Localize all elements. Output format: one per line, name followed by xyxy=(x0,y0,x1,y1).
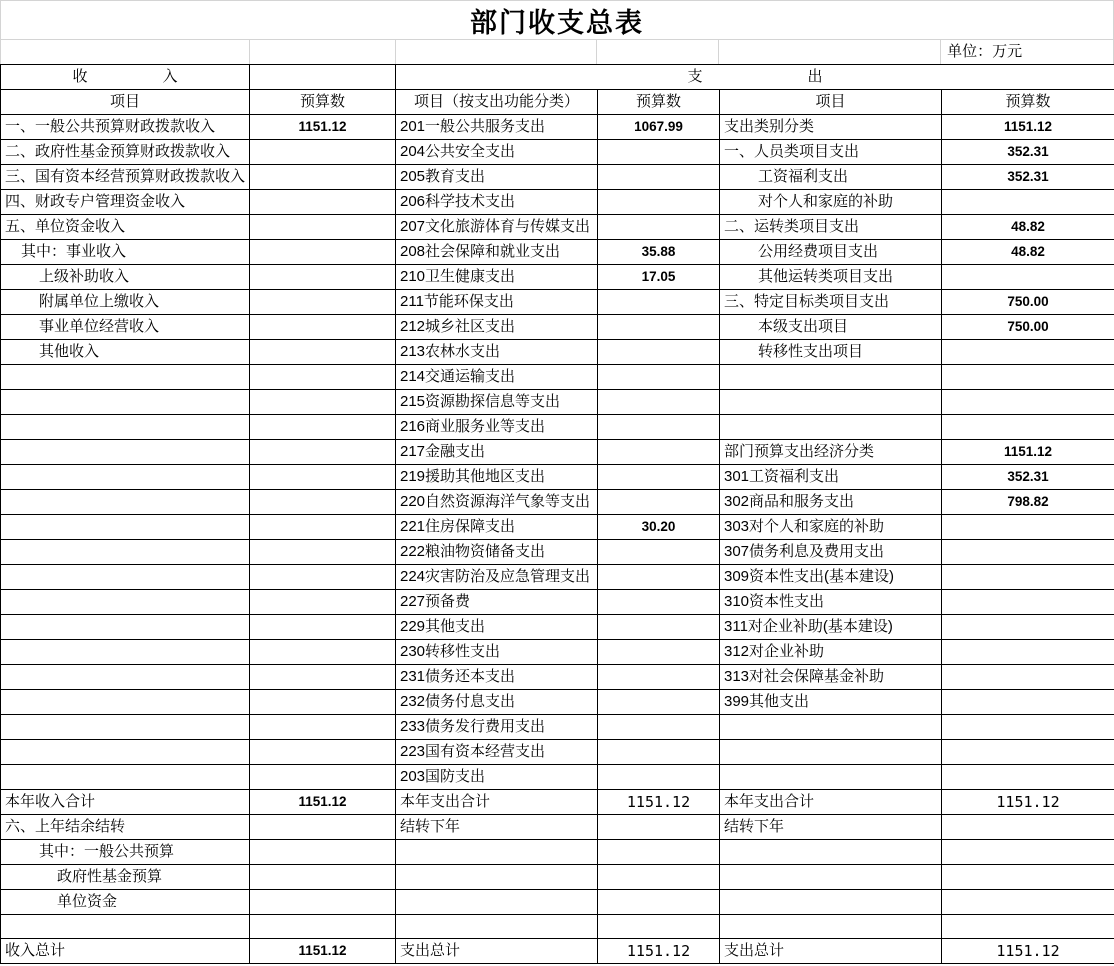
section-header-row: 收 入 支 出 xyxy=(1,65,1114,90)
empty-cell xyxy=(598,415,720,440)
cell: 750.00 xyxy=(942,290,1114,315)
table-row: 232债务付息支出399其他支出 xyxy=(1,690,1114,715)
empty-cell xyxy=(942,690,1114,715)
cell: 1151.12 xyxy=(250,115,396,140)
cell: 227预备费 xyxy=(396,590,598,615)
cell: 本年支出合计 xyxy=(396,790,598,815)
cell: 1151.12 xyxy=(598,790,720,815)
empty-cell xyxy=(1,365,250,390)
table-row: 229其他支出311对企业补助(基本建设) xyxy=(1,615,1114,640)
empty-cell xyxy=(598,615,720,640)
empty-cell xyxy=(1,665,250,690)
col-header-expenditure-item: 项目 xyxy=(720,90,942,115)
cell: 其中：事业收入 xyxy=(1,240,250,265)
empty-cell xyxy=(598,740,720,765)
cell: 转移性支出项目 xyxy=(720,340,942,365)
empty-cell xyxy=(250,190,396,215)
cell: 1151.12 xyxy=(250,939,396,964)
table-row: 233债务发行费用支出 xyxy=(1,715,1114,740)
empty-cell xyxy=(598,640,720,665)
empty-cell xyxy=(598,215,720,240)
cell: 48.82 xyxy=(942,215,1114,240)
table-row: 215资源勘探信息等支出 xyxy=(1,390,1114,415)
empty-cell xyxy=(1,915,250,939)
empty-cell xyxy=(598,715,720,740)
cell: 工资福利支出 xyxy=(720,165,942,190)
empty-cell xyxy=(942,665,1114,690)
empty-cell xyxy=(942,365,1114,390)
unit-row-empty-cell xyxy=(250,40,396,64)
cell: 五、单位资金收入 xyxy=(1,215,250,240)
budget-table: 收 入 支 出 项目 预算数 项目（按支出功能分类） 预算数 项目 预算数 一、… xyxy=(0,64,1114,964)
empty-cell xyxy=(598,540,720,565)
unit-row-empty-cell xyxy=(1,40,250,64)
table-row: 221住房保障支出30.20303对个人和家庭的补助 xyxy=(1,515,1114,540)
empty-cell xyxy=(396,865,598,890)
empty-cell xyxy=(942,415,1114,440)
income-section-header: 收 入 xyxy=(1,65,250,90)
empty-cell xyxy=(942,590,1114,615)
column-header-row: 项目 预算数 项目（按支出功能分类） 预算数 项目 预算数 xyxy=(1,90,1114,115)
cell: 1151.12 xyxy=(598,939,720,964)
cell: 二、政府性基金预算财政拨款收入 xyxy=(1,140,250,165)
cell: 223国有资本经营支出 xyxy=(396,740,598,765)
cell: 17.05 xyxy=(598,265,720,290)
cell: 213农林水支出 xyxy=(396,340,598,365)
empty-cell xyxy=(1,690,250,715)
cell: 30.20 xyxy=(598,515,720,540)
cell: 219援助其他地区支出 xyxy=(396,465,598,490)
empty-cell xyxy=(598,690,720,715)
table-row: 五、单位资金收入207文化旅游体育与传媒支出二、运转类项目支出48.82 xyxy=(1,215,1114,240)
empty-cell xyxy=(1,615,250,640)
empty-cell xyxy=(942,765,1114,790)
table-row: 政府性基金预算 xyxy=(1,865,1114,890)
empty-cell xyxy=(1,565,250,590)
cell: 政府性基金预算 xyxy=(1,865,250,890)
empty-cell xyxy=(250,365,396,390)
empty-cell xyxy=(942,865,1114,890)
empty-cell xyxy=(598,190,720,215)
empty-cell xyxy=(720,915,942,939)
table-row: 227预备费310资本性支出 xyxy=(1,590,1114,615)
cell: 352.31 xyxy=(942,465,1114,490)
empty-cell xyxy=(1,515,250,540)
table-row: 214交通运输支出 xyxy=(1,365,1114,390)
empty-cell xyxy=(598,465,720,490)
cell: 212城乡社区支出 xyxy=(396,315,598,340)
empty-cell xyxy=(396,840,598,865)
cell: 233债务发行费用支出 xyxy=(396,715,598,740)
cell: 312对企业补助 xyxy=(720,640,942,665)
cell: 798.82 xyxy=(942,490,1114,515)
empty-cell xyxy=(250,615,396,640)
empty-cell xyxy=(720,365,942,390)
cell: 214交通运输支出 xyxy=(396,365,598,390)
cell: 公用经费项目支出 xyxy=(720,240,942,265)
table-row: 222粮油物资储备支出307债务利息及费用支出 xyxy=(1,540,1114,565)
cell: 一、一般公共预算财政拨款收入 xyxy=(1,115,250,140)
empty-cell xyxy=(250,715,396,740)
cell: 三、特定目标类项目支出 xyxy=(720,290,942,315)
cell: 231债务还本支出 xyxy=(396,665,598,690)
empty-cell xyxy=(942,390,1114,415)
cell: 上级补助收入 xyxy=(1,265,250,290)
cell: 四、财政专户管理资金收入 xyxy=(1,190,250,215)
cell: 205教育支出 xyxy=(396,165,598,190)
cell: 203国防支出 xyxy=(396,765,598,790)
cell: 48.82 xyxy=(942,240,1114,265)
empty-cell xyxy=(720,415,942,440)
cell: 支出总计 xyxy=(396,939,598,964)
empty-cell xyxy=(250,740,396,765)
cell: 事业单位经营收入 xyxy=(1,315,250,340)
empty-cell xyxy=(250,290,396,315)
empty-cell xyxy=(396,890,598,915)
cell: 207文化旅游体育与传媒支出 xyxy=(396,215,598,240)
empty-cell xyxy=(942,190,1114,215)
empty-cell xyxy=(720,390,942,415)
table-row: 附属单位上缴收入211节能环保支出三、特定目标类项目支出750.00 xyxy=(1,290,1114,315)
empty-cell xyxy=(598,915,720,939)
table-row: 收入总计1151.12支出总计1151.12支出总计1151.12 xyxy=(1,939,1114,964)
table-row: 203国防支出 xyxy=(1,765,1114,790)
empty-cell xyxy=(250,165,396,190)
cell: 222粮油物资储备支出 xyxy=(396,540,598,565)
cell: 215资源勘探信息等支出 xyxy=(396,390,598,415)
table-row: 三、国有资本经营预算财政拨款收入205教育支出工资福利支出352.31 xyxy=(1,165,1114,190)
table-row: 223国有资本经营支出 xyxy=(1,740,1114,765)
table-row: 224灾害防治及应急管理支出309资本性支出(基本建设) xyxy=(1,565,1114,590)
cell: 收入总计 xyxy=(1,939,250,964)
empty-cell xyxy=(250,140,396,165)
empty-cell xyxy=(250,590,396,615)
cell: 224灾害防治及应急管理支出 xyxy=(396,565,598,590)
table-row: 216商业服务业等支出 xyxy=(1,415,1114,440)
cell: 结转下年 xyxy=(396,815,598,840)
empty-cell xyxy=(1,640,250,665)
cell: 六、上年结余结转 xyxy=(1,815,250,840)
empty-cell xyxy=(598,765,720,790)
cell: 216商业服务业等支出 xyxy=(396,415,598,440)
cell: 其中：一般公共预算 xyxy=(1,840,250,865)
cell: 201一般公共服务支出 xyxy=(396,115,598,140)
unit-row-empty-cell xyxy=(396,40,598,64)
empty-cell xyxy=(942,265,1114,290)
cell: 三、国有资本经营预算财政拨款收入 xyxy=(1,165,250,190)
empty-cell xyxy=(598,840,720,865)
empty-cell xyxy=(598,165,720,190)
page-title: 部门收支总表 xyxy=(0,0,1114,39)
empty-cell xyxy=(942,890,1114,915)
cell: 220自然资源海洋气象等支出 xyxy=(396,490,598,515)
col-header-expenditure-budget: 预算数 xyxy=(942,90,1114,115)
cell: 399其他支出 xyxy=(720,690,942,715)
cell: 35.88 xyxy=(598,240,720,265)
empty-cell xyxy=(1,540,250,565)
cell: 部门预算支出经济分类 xyxy=(720,440,942,465)
empty-cell xyxy=(250,240,396,265)
empty-cell xyxy=(942,815,1114,840)
empty-cell xyxy=(250,565,396,590)
empty-cell xyxy=(598,315,720,340)
empty-cell xyxy=(1,490,250,515)
empty-cell xyxy=(250,815,396,840)
table-row: 231债务还本支出313对社会保障基金补助 xyxy=(1,665,1114,690)
empty-cell xyxy=(720,890,942,915)
empty-cell xyxy=(598,390,720,415)
empty-cell xyxy=(250,215,396,240)
empty-cell xyxy=(598,440,720,465)
table-row: 四、财政专户管理资金收入206科学技术支出对个人和家庭的补助 xyxy=(1,190,1114,215)
empty-cell xyxy=(250,515,396,540)
table-row: 六、上年结余结转结转下年结转下年 xyxy=(1,815,1114,840)
empty-cell xyxy=(942,715,1114,740)
empty-cell xyxy=(250,765,396,790)
table-body: 一、一般公共预算财政拨款收入1151.12201一般公共服务支出1067.99支… xyxy=(1,115,1114,964)
table-row: 其中：一般公共预算 xyxy=(1,840,1114,865)
empty-cell xyxy=(720,715,942,740)
empty-cell xyxy=(598,490,720,515)
empty-cell xyxy=(250,340,396,365)
cell: 211节能环保支出 xyxy=(396,290,598,315)
empty-cell xyxy=(1,590,250,615)
empty-cell xyxy=(250,465,396,490)
empty-cell xyxy=(1,740,250,765)
empty-cell xyxy=(250,390,396,415)
cell: 单位资金 xyxy=(1,890,250,915)
cell: 其他运转类项目支出 xyxy=(720,265,942,290)
table-row xyxy=(1,915,1114,939)
empty-cell xyxy=(598,665,720,690)
empty-cell xyxy=(250,840,396,865)
empty-cell xyxy=(942,740,1114,765)
table-row: 本年收入合计1151.12本年支出合计1151.12本年支出合计1151.12 xyxy=(1,790,1114,815)
cell: 301工资福利支出 xyxy=(720,465,942,490)
empty-cell xyxy=(720,840,942,865)
cell: 303对个人和家庭的补助 xyxy=(720,515,942,540)
empty-cell xyxy=(250,865,396,890)
cell: 支出总计 xyxy=(720,939,942,964)
empty-cell xyxy=(942,915,1114,939)
cell: 1151.12 xyxy=(942,115,1114,140)
empty-cell xyxy=(942,540,1114,565)
col-header-expenditure-function-item: 项目（按支出功能分类） xyxy=(396,90,598,115)
empty-cell xyxy=(942,615,1114,640)
cell: 支出类别分类 xyxy=(720,115,942,140)
empty-cell xyxy=(598,565,720,590)
empty-cell xyxy=(598,865,720,890)
empty-cell xyxy=(598,340,720,365)
empty-cell xyxy=(942,515,1114,540)
col-header-expenditure-function-budget: 预算数 xyxy=(598,90,720,115)
empty-cell xyxy=(250,915,396,939)
cell: 204公共安全支出 xyxy=(396,140,598,165)
empty-cell xyxy=(250,265,396,290)
empty-cell xyxy=(250,415,396,440)
empty-cell xyxy=(942,565,1114,590)
table-row: 上级补助收入210卫生健康支出17.05其他运转类项目支出 xyxy=(1,265,1114,290)
cell: 本级支出项目 xyxy=(720,315,942,340)
table-row: 二、政府性基金预算财政拨款收入204公共安全支出一、人员类项目支出352.31 xyxy=(1,140,1114,165)
empty-cell xyxy=(1,765,250,790)
cell: 313对社会保障基金补助 xyxy=(720,665,942,690)
empty-cell xyxy=(1,415,250,440)
table-row: 220自然资源海洋气象等支出302商品和服务支出798.82 xyxy=(1,490,1114,515)
cell: 1151.12 xyxy=(942,790,1114,815)
cell: 本年支出合计 xyxy=(720,790,942,815)
empty-cell xyxy=(1,715,250,740)
cell: 221住房保障支出 xyxy=(396,515,598,540)
unit-row: 单位：万元 xyxy=(0,39,1114,64)
empty-cell xyxy=(1,440,250,465)
cell: 附属单位上缴收入 xyxy=(1,290,250,315)
empty-cell xyxy=(250,490,396,515)
empty-cell xyxy=(598,890,720,915)
cell: 本年收入合计 xyxy=(1,790,250,815)
col-header-income-budget: 预算数 xyxy=(250,90,396,115)
empty-cell xyxy=(396,915,598,939)
empty-cell xyxy=(720,740,942,765)
cell: 309资本性支出(基本建设) xyxy=(720,565,942,590)
table-row: 其中：事业收入208社会保障和就业支出35.88公用经费项目支出48.82 xyxy=(1,240,1114,265)
cell: 229其他支出 xyxy=(396,615,598,640)
cell: 352.31 xyxy=(942,140,1114,165)
cell: 230转移性支出 xyxy=(396,640,598,665)
empty-cell xyxy=(250,315,396,340)
table-row: 单位资金 xyxy=(1,890,1114,915)
cell: 1151.12 xyxy=(942,440,1114,465)
cell: 结转下年 xyxy=(720,815,942,840)
cell: 1151.12 xyxy=(250,790,396,815)
cell: 其他收入 xyxy=(1,340,250,365)
empty-cell xyxy=(250,890,396,915)
cell: 217金融支出 xyxy=(396,440,598,465)
col-header-income-item: 项目 xyxy=(1,90,250,115)
cell: 1151.12 xyxy=(942,939,1114,964)
empty-cell xyxy=(598,590,720,615)
empty-cell xyxy=(1,465,250,490)
cell: 一、人员类项目支出 xyxy=(720,140,942,165)
table-row: 230转移性支出312对企业补助 xyxy=(1,640,1114,665)
cell: 310资本性支出 xyxy=(720,590,942,615)
cell: 311对企业补助(基本建设) xyxy=(720,615,942,640)
unit-row-empty-cell xyxy=(719,40,941,64)
budget-sheet: 部门收支总表 单位：万元 收 入 支 出 项目 预算数 项目（按支出功能分类） … xyxy=(0,0,1114,964)
table-row: 219援助其他地区支出301工资福利支出352.31 xyxy=(1,465,1114,490)
empty-cell xyxy=(250,640,396,665)
empty-cell xyxy=(942,640,1114,665)
cell: 二、运转类项目支出 xyxy=(720,215,942,240)
empty-cell xyxy=(598,290,720,315)
section-header-empty-cell xyxy=(250,65,396,90)
expenditure-section-header: 支 出 xyxy=(396,65,1114,90)
empty-cell xyxy=(1,390,250,415)
unit-row-empty-cell xyxy=(597,40,719,64)
cell: 750.00 xyxy=(942,315,1114,340)
empty-cell xyxy=(720,865,942,890)
table-row: 事业单位经营收入212城乡社区支出本级支出项目750.00 xyxy=(1,315,1114,340)
empty-cell xyxy=(250,540,396,565)
empty-cell xyxy=(250,690,396,715)
empty-cell xyxy=(598,140,720,165)
empty-cell xyxy=(250,665,396,690)
cell: 对个人和家庭的补助 xyxy=(720,190,942,215)
cell: 302商品和服务支出 xyxy=(720,490,942,515)
empty-cell xyxy=(942,840,1114,865)
table-row: 一、一般公共预算财政拨款收入1151.12201一般公共服务支出1067.99支… xyxy=(1,115,1114,140)
cell: 208社会保障和就业支出 xyxy=(396,240,598,265)
table-row: 217金融支出部门预算支出经济分类1151.12 xyxy=(1,440,1114,465)
empty-cell xyxy=(720,765,942,790)
empty-cell xyxy=(250,440,396,465)
cell: 307债务利息及费用支出 xyxy=(720,540,942,565)
empty-cell xyxy=(598,815,720,840)
cell: 1067.99 xyxy=(598,115,720,140)
unit-note: 单位：万元 xyxy=(941,40,1114,64)
cell: 206科学技术支出 xyxy=(396,190,598,215)
empty-cell xyxy=(942,340,1114,365)
table-row: 其他收入213农林水支出转移性支出项目 xyxy=(1,340,1114,365)
cell: 352.31 xyxy=(942,165,1114,190)
cell: 210卫生健康支出 xyxy=(396,265,598,290)
empty-cell xyxy=(598,365,720,390)
cell: 232债务付息支出 xyxy=(396,690,598,715)
